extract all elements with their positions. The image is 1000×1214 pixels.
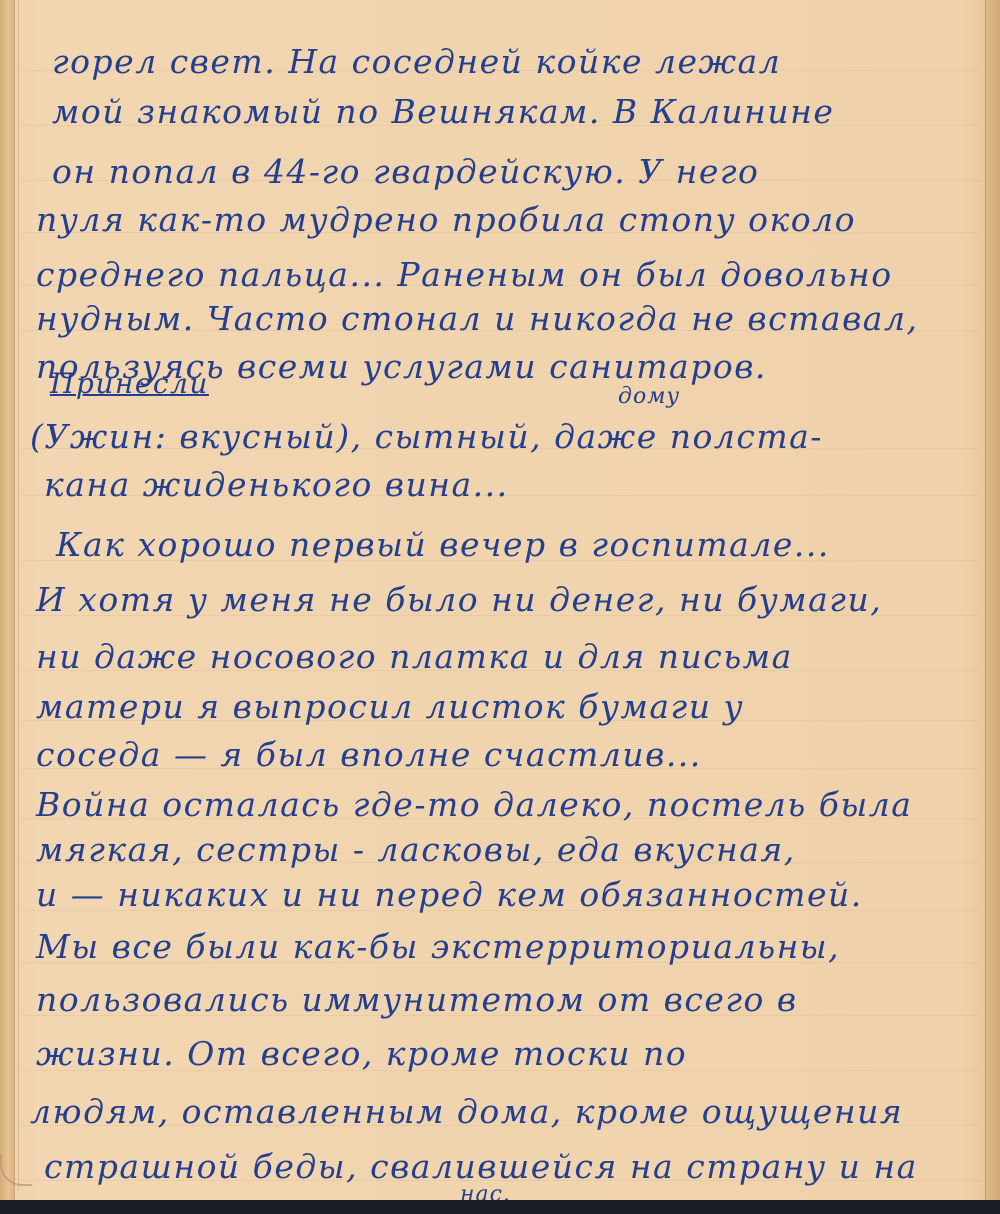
text-line: жизни. От всего, кроме тоски по	[36, 1037, 687, 1070]
text-line: Как хорошо первый вечер в госпитале...	[56, 528, 830, 561]
text-line: матери я выпросил листок бумаги у	[36, 690, 744, 723]
text-line: нудным. Часто стонал и никогда не встава…	[36, 302, 918, 335]
text-line: кана жиденького вина...	[44, 468, 509, 501]
page-left-edge	[0, 0, 15, 1200]
page-right-edge	[985, 0, 1000, 1200]
text-line: соседа — я был вполне счастлив...	[36, 738, 702, 771]
text-line: пуля как-то мудрено пробила стопу около	[36, 203, 856, 236]
inserted-word: дому	[618, 386, 680, 408]
text-line: мой знакомый по Вешнякам. В Калинине	[52, 95, 834, 128]
text-line: (Ужин: вкусный), сытный, даже полста-	[30, 420, 823, 453]
text-line: И хотя у меня не было ни денег, ни бумаг…	[36, 583, 882, 616]
scan-background	[0, 1200, 1000, 1214]
text-line: Война осталась где-то далеко, постель бы…	[36, 788, 912, 821]
text-line: среднего пальца... Раненым он был доволь…	[36, 258, 893, 291]
notebook-page: горел свет. На соседней койке лежал мой …	[0, 0, 1000, 1200]
text-line: ни даже носового платка и для письма	[36, 640, 793, 673]
text-line: пользовались иммунитетом от всего в	[36, 983, 798, 1016]
text-line: страшной беды, свалившейся на страну и н…	[44, 1150, 918, 1183]
text-line: людям, оставленным дома, кроме ощущения	[30, 1095, 903, 1128]
text-line: он попал в 44-го гвардейскую. У него	[52, 155, 759, 188]
text-line: Мы все были как-бы экстерриториальны,	[36, 930, 840, 963]
text-line: мягкая, сестры - ласковы, еда вкусная,	[36, 833, 796, 866]
inserted-word-underlined: Принесли	[50, 370, 209, 398]
text-line: горел свет. На соседней койке лежал	[52, 45, 781, 78]
text-line: и — никаких и ни перед кем обязанностей.	[36, 878, 863, 911]
page-margin-line	[18, 0, 19, 1190]
